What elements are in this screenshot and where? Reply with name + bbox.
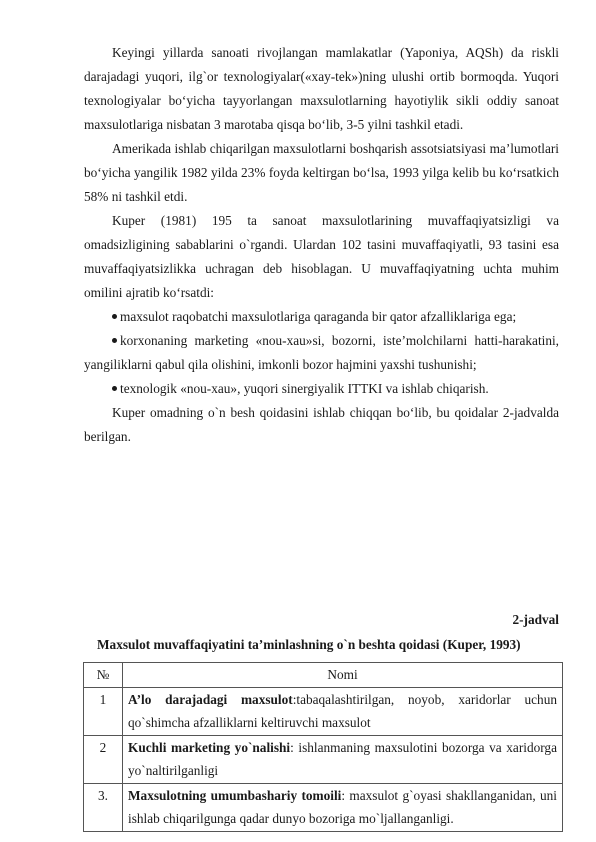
bullet-item: maxsulot raqobatchi maxsulotlariga qarag… [84,305,559,329]
table-label: 2-jadval [512,612,559,628]
row-title: Maxsulotning umumbashariy tomoili [128,788,341,803]
bullet-item: texnologik «nou-xau», yuqori sinergiyali… [84,377,559,401]
paragraph-high-tech: Keyingi yillarda sanoati rivojlangan mam… [84,41,559,137]
row-title: Kuchli marketing yo`nalishi [128,740,290,755]
table-row: 2 Kuchli marketing yo`nalishi: ishlanman… [84,735,563,783]
row-number: 3. [84,783,123,831]
table-row: 3. Maxsulotning umumbashariy tomoili: ma… [84,783,563,831]
row-description: A’lo darajadagi maxsulot:tabaqalashtiril… [123,687,563,735]
paragraph-kuper-study: Kuper (1981) 195 ta sanoat maxsulotlarin… [84,209,559,305]
row-number: 2 [84,735,123,783]
header-number: № [84,663,123,688]
table-title: Maxsulot muvaffaqiyatini ta’minlashning … [97,637,521,653]
bullet-icon [112,314,117,319]
table-row: 1 A’lo darajadagi maxsulot:tabaqalashtir… [84,687,563,735]
rules-table: № Nomi 1 A’lo darajadagi maxsulot:tabaqa… [83,662,563,832]
bullet-text: maxsulot raqobatchi maxsulotlariga qarag… [120,309,516,324]
document-body: Keyingi yillarda sanoati rivojlangan mam… [84,41,559,449]
table-header-row: № Nomi [84,663,563,688]
bullet-item: korxonaning marketing «nou-xau»si, bozor… [84,329,559,377]
header-name: Nomi [123,663,563,688]
row-number: 1 [84,687,123,735]
bullet-text: korxonaning marketing «nou-xau»si, bozor… [84,333,559,372]
paragraph-closing: Kuper omadning o`n besh qoidasini ishlab… [84,401,559,449]
bullet-icon [112,386,117,391]
bullet-text: texnologik «nou-xau», yuqori sinergiyali… [120,381,489,396]
paragraph-america-stats: Amerikada ishlab chiqarilgan maxsulotlar… [84,137,559,209]
row-title: A’lo darajadagi maxsulot [128,692,293,707]
row-description: Maxsulotning umumbashariy tomoili: maxsu… [123,783,563,831]
bullet-icon [112,338,117,343]
row-description: Kuchli marketing yo`nalishi: ishlanmanin… [123,735,563,783]
